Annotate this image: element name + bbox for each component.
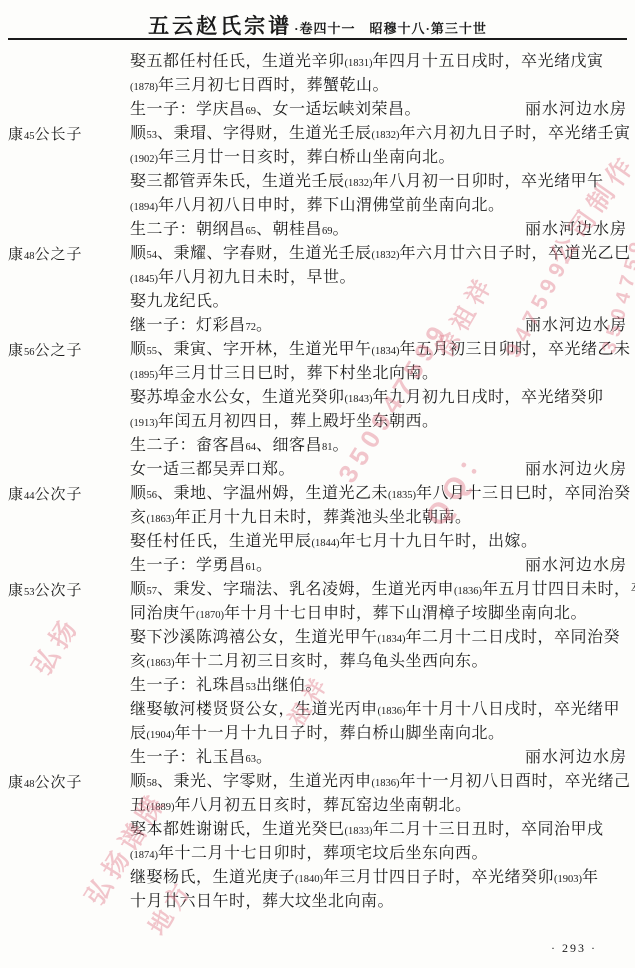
genealogy-entry: 康48公次子顺58、秉光、字零财，生道光丙申(1836)年十一月初八日酉时，卒光… xyxy=(8,770,627,914)
branch-house-note: 丽水河边水房 xyxy=(525,314,627,338)
entry-line: 顺53、秉瑁、字得财，生道光壬辰(1832)年六月初九日子时，卒光绪壬寅 xyxy=(130,122,627,146)
entry-line: 顺55、秉寅、字开林，生道光甲午(1834)年五月初三日卯时，卒光绪乙未 xyxy=(130,338,627,362)
entry-line: 亥(1863)年正月十九日未时，葬粪池头坐北朝南。 xyxy=(130,506,627,530)
entry-line: 娶三都管弄朱氏，生道光壬辰(1832)年八月初一日卯时，卒光绪甲午 xyxy=(130,170,627,194)
entry-line-text: 女一适三都吴弄口郑。 xyxy=(130,458,295,482)
generation-label: 康45公长子 xyxy=(8,122,130,242)
entry-line: 顺57、秉发、字瑞法、乳名凌姆，生道光丙申(1836)年五月廿四日未时，卒 xyxy=(130,578,627,602)
entry-line: (1902)年三月廿一日亥时，葬白桥山坐南向北。 xyxy=(130,146,627,170)
entry-lines: 顺54、秉耀、字春财，生道光壬辰(1832)年六月廿六日子时，卒道光乙巳(184… xyxy=(130,242,627,338)
entry-line: 继娶敏河楼贤贤公女，生道光丙申(1836)年十月十八日戌时，卒光绪甲 xyxy=(130,698,627,722)
generation-label: 康44公次子 xyxy=(8,482,130,578)
entry-lines: 顺53、秉瑁、字得财，生道光壬辰(1832)年六月初九日子时，卒光绪壬寅(190… xyxy=(130,122,627,242)
genealogy-entry: 康56公之子顺55、秉寅、字开林，生道光甲午(1834)年五月初三日卯时，卒光绪… xyxy=(8,338,627,482)
branch-house-note: 丽水河边水房 xyxy=(525,98,627,122)
entry-line: 生一子：学庆昌69、女一适坛峡刘荣昌。丽水河边水房 xyxy=(130,98,627,122)
entry-line-text: 生一子：礼玉昌63。 xyxy=(130,746,273,770)
entry-line: 顺54、秉耀、字春财，生道光壬辰(1832)年六月廿六日子时，卒道光乙巳 xyxy=(130,242,627,266)
chapter-label: 昭穆十八·第三十世 xyxy=(370,21,487,36)
branch-house-note: 丽水河边火房 xyxy=(525,458,627,482)
generation-label: 康56公之子 xyxy=(8,338,130,482)
entry-line: (1913)年闰五月初四日，葬上殿圩坐东朝西。 xyxy=(130,410,627,434)
entry-line: 娶苏埠金水公女，生道光癸卯(1843)年九月初九日戌时，卒光绪癸卯 xyxy=(130,386,627,410)
entry-lines: 顺56、秉地、字温州姆，生道光乙未(1835)年八月十三日巳时，卒同治癸亥(18… xyxy=(130,482,627,578)
entry-line: 生二子：畲客昌64、细客昌81。 xyxy=(130,434,627,458)
entry-line: 娶本都姓谢谢氏，生道光癸巳(1833)年二月十三日丑时，卒同治甲戌 xyxy=(130,818,627,842)
generation-label xyxy=(8,50,130,122)
entry-line: 生一子：学勇昌61。丽水河边水房 xyxy=(130,554,627,578)
entry-line: 娶下沙溪陈鸿禧公女，生道光甲午(1834)年二月十二日戌时，卒同治癸 xyxy=(130,626,627,650)
entry-line: 继娶杨氏，生道光庚子(1840)年三月廿四日子时，卒光绪癸卯(1903)年 xyxy=(130,866,627,890)
entry-line: 亥(1863)年十二月初三日亥时，葬乌龟头坐西向东。 xyxy=(130,650,627,674)
entry-line: 丑(1889)年八月初五日亥时，葬瓦窑边坐南朝北。 xyxy=(130,794,627,818)
page-number: · 293 · xyxy=(551,941,597,956)
entry-line-text: 生一子：学庆昌69、女一适坛峡刘荣昌。 xyxy=(130,98,421,122)
entry-line: (1878)年三月初七日酉时，葬蟹乾山。 xyxy=(130,74,627,98)
volume-label: ·卷四十一 xyxy=(294,21,355,36)
page-header: 五云赵氏宗谱·卷四十一昭穆十八·第三十世 xyxy=(0,0,635,40)
generation-label: 康48公之子 xyxy=(8,242,130,338)
branch-house-note: 丽水河边水房 xyxy=(525,746,627,770)
entry-line: 生二子：朝纲昌65、朝桂昌69。丽水河边水房 xyxy=(130,218,627,242)
branch-house-note: 丽水河边水房 xyxy=(525,218,627,242)
entry-line: 娶九龙纪氏。 xyxy=(130,290,627,314)
genealogy-entry: 康48公之子顺54、秉耀、字春财，生道光壬辰(1832)年六月廿六日子时，卒道光… xyxy=(8,242,627,338)
entry-line: 辰(1904)年十一月十九日子时，葬白桥山脚坐南向北。 xyxy=(130,722,627,746)
entries: 娶五都任村任氏，生道光辛卯(1831)年四月十五日戌时，卒光绪戊寅(1878)年… xyxy=(8,50,627,914)
entry-line: (1895)年三月廿三日巳时，葬下村坐北向南。 xyxy=(130,362,627,386)
generation-label: 康53公次子 xyxy=(8,578,130,770)
generation-label: 康48公次子 xyxy=(8,770,130,914)
entry-line: 女一适三都吴弄口郑。丽水河边火房 xyxy=(130,458,627,482)
branch-house-note: 丽水河边水房 xyxy=(525,554,627,578)
entry-line: (1894)年八月初八日申时，葬下山渭佛堂前坐南向北。 xyxy=(130,194,627,218)
genealogy-entry: 康44公次子顺56、秉地、字温州姆，生道光乙未(1835)年八月十三日巳时，卒同… xyxy=(8,482,627,578)
entry-line: 十月廿六日午时，葬大坟坐北向南。 xyxy=(130,890,627,914)
entry-line-text: 生二子：朝纲昌65、朝桂昌69。 xyxy=(130,218,349,242)
entry-line: 顺56、秉地、字温州姆，生道光乙未(1835)年八月十三日巳时，卒同治癸 xyxy=(130,482,627,506)
entry-line: (1845)年八月初九日未时，早世。 xyxy=(130,266,627,290)
header-divider xyxy=(8,38,627,40)
entry-line: 同治庚午(1870)年十月十七日申时，葬下山渭樟子垵脚坐南向北。 xyxy=(130,602,627,626)
entry-line-text: 生一子：学勇昌61。 xyxy=(130,554,273,578)
entry-line: 继一子：灯彩昌72。丽水河边水房 xyxy=(130,314,627,338)
genealogy-entry: 康45公长子顺53、秉瑁、字得财，生道光壬辰(1832)年六月初九日子时，卒光绪… xyxy=(8,122,627,242)
entry-lines: 顺55、秉寅、字开林，生道光甲午(1834)年五月初三日卯时，卒光绪乙未(189… xyxy=(130,338,627,482)
entry-line: 生一子：礼珠昌53出继伯。 xyxy=(130,674,627,698)
entry-line: (1874)年十二月十七日卯时，葬项宅坟后坐东向西。 xyxy=(130,842,627,866)
entry-lines: 娶五都任村任氏，生道光辛卯(1831)年四月十五日戌时，卒光绪戊寅(1878)年… xyxy=(130,50,627,122)
entry-line: 顺58、秉光、字零财，生道光丙申(1836)年十一月初八日酉时，卒光绪己 xyxy=(130,770,627,794)
genealogy-entry: 娶五都任村任氏，生道光辛卯(1831)年四月十五日戌时，卒光绪戊寅(1878)年… xyxy=(8,50,627,122)
entry-line: 娶任村任氏，生道光甲辰(1844)年七月十九日午时，出嫁。 xyxy=(130,530,627,554)
genealogy-entry: 康53公次子顺57、秉发、字瑞法、乳名凌姆，生道光丙申(1836)年五月廿四日未… xyxy=(8,578,627,770)
genealogy-title: 五云赵氏宗谱 xyxy=(148,14,292,38)
entry-lines: 顺57、秉发、字瑞法、乳名凌姆，生道光丙申(1836)年五月廿四日未时，卒同治庚… xyxy=(130,578,627,770)
entry-line: 娶五都任村任氏，生道光辛卯(1831)年四月十五日戌时，卒光绪戊寅 xyxy=(130,50,627,74)
entry-line-text: 继一子：灯彩昌72。 xyxy=(130,314,273,338)
entry-lines: 顺58、秉光、字零财，生道光丙申(1836)年十一月初八日酉时，卒光绪己丑(18… xyxy=(130,770,627,914)
entry-line: 生一子：礼玉昌63。丽水河边水房 xyxy=(130,746,627,770)
